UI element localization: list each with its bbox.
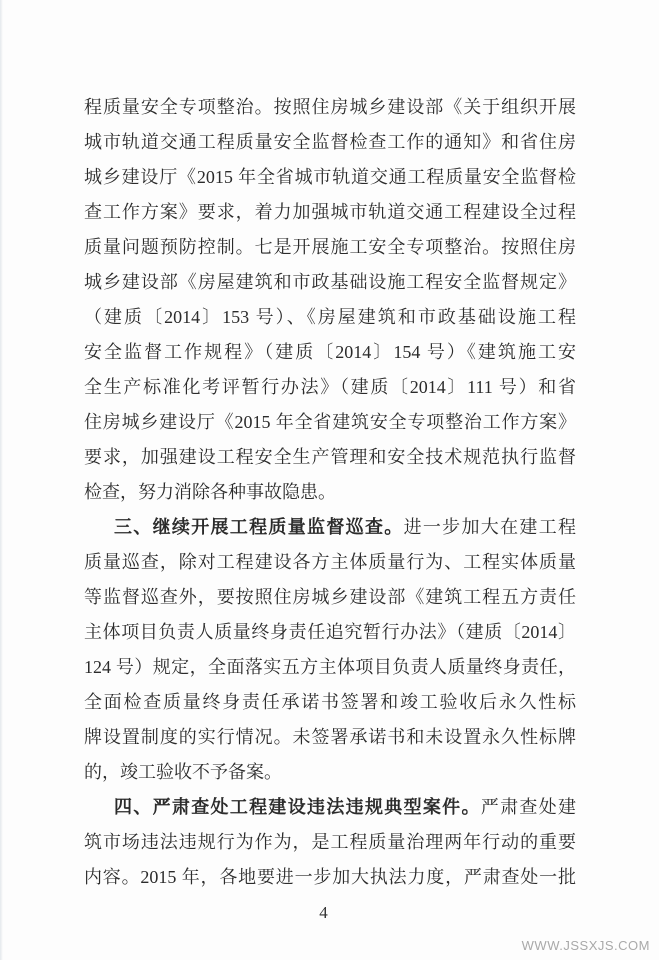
body-text: 牌设置制度的实行情况。未签署承诺书和未设置永久性标牌 [84,727,576,747]
body-text: 主体项目负责人质量终身责任追究暂行办法》（建质〔2014〕 [84,622,576,642]
body-text: 等监督巡查外，要按照住房城乡建设部《建筑工程五方责任 [84,587,576,607]
document-body: 程质量安全专项整治。按照住房城乡建设部《关于组织开展城市轨道交通工程质量安全监督… [84,90,576,895]
body-text: 城乡建设厅《2015 年全省城市轨道交通工程质量安全监督检 [84,167,576,187]
text-line: 124 号）规定，全面落实五方主体项目负责人质量终身责任， [84,650,576,685]
text-line: 牌设置制度的实行情况。未签署承诺书和未设置永久性标牌 [84,720,576,755]
body-text: 质量巡查，除对工程建设各方主体质量行为、工程实体质量 [84,552,576,572]
section-heading-text: 三、继续开展工程质量监督巡查。 [114,517,404,537]
body-text: 住房城乡建设厅《2015 年全省建筑安全专项整治工作方案》 [84,412,576,432]
text-line: 全生产标准化考评暂行办法》（建质〔2014〕111 号）和省 [84,370,576,405]
body-text: 筑市场违法违规行为作为，是工程质量治理两年行动的重要 [84,832,576,852]
body-text: （建质〔2014〕153 号）、《房屋建筑和市政基础设施工程 [84,307,576,327]
text-line: 程质量安全专项整治。按照住房城乡建设部《关于组织开展 [84,90,576,125]
text-line: 要求，加强建设工程安全生产管理和安全技术规范执行监督 [84,440,576,475]
page-number: 4 [0,898,647,928]
text-line: 安全监督工作规程》（建质〔2014〕154 号）《建筑施工安 [84,335,576,370]
body-text: 124 号）规定，全面落实五方主体项目负责人质量终身责任， [84,657,576,677]
text-line: 住房城乡建设厅《2015 年全省建筑安全专项整治工作方案》 [84,405,576,440]
body-text: 全面检查质量终身责任承诺书签署和竣工验收后永久性标 [84,692,576,712]
body-text: 程质量安全专项整治。按照住房城乡建设部《关于组织开展 [84,97,576,117]
body-text: 检查，努力消除各种事故隐患。 [84,482,336,502]
text-line: 主体项目负责人质量终身责任追究暂行办法》（建质〔2014〕 [84,615,576,650]
text-line: 筑市场违法违规行为作为，是工程质量治理两年行动的重要 [84,825,576,860]
body-text: 城市轨道交通工程质量安全监督检查工作的通知》和省住房 [84,132,576,152]
text-line: 城市轨道交通工程质量安全监督检查工作的通知》和省住房 [84,125,576,160]
scan-left-edge [0,0,3,960]
scanned-document-page: 程质量安全专项整治。按照住房城乡建设部《关于组织开展城市轨道交通工程质量安全监督… [0,0,659,960]
text-line: 城乡建设厅《2015 年全省城市轨道交通工程质量安全监督检 [84,160,576,195]
body-text: 查工作方案》要求，着力加强城市轨道交通工程建设全过程 [84,202,576,222]
text-line: 等监督巡查外，要按照住房城乡建设部《建筑工程五方责任 [84,580,576,615]
text-line: 三、继续开展工程质量监督巡查。进一步加大在建工程 [84,510,576,545]
watermark-text: WWW.JSSXJS.COM [522,938,650,953]
body-text: 质量问题预防控制。七是开展施工安全专项整治。按照住房 [84,237,576,257]
text-line: 全面检查质量终身责任承诺书签署和竣工验收后永久性标 [84,685,576,720]
body-text: 要求，加强建设工程安全生产管理和安全技术规范执行监督 [84,447,576,467]
body-text: 安全监督工作规程》（建质〔2014〕154 号）《建筑施工安 [84,342,576,362]
text-line: 质量巡查，除对工程建设各方主体质量行为、工程实体质量 [84,545,576,580]
body-text: 城乡建设部《房屋建筑和市政基础设施工程安全监督规定》 [84,272,576,292]
text-line: 的，竣工验收不予备案。 [84,755,576,790]
text-line: 查工作方案》要求，着力加强城市轨道交通工程建设全过程 [84,195,576,230]
text-line: 四、严肃查处工程建设违法违规典型案件。严肃查处建 [84,790,576,825]
body-text: 全生产标准化考评暂行办法》（建质〔2014〕111 号）和省 [84,377,576,397]
text-line: （建质〔2014〕153 号）、《房屋建筑和市政基础设施工程 [84,300,576,335]
section-heading-text: 四、严肃查处工程建设违法违规典型案件。 [114,797,481,817]
text-line: 质量问题预防控制。七是开展施工安全专项整治。按照住房 [84,230,576,265]
text-line: 内容。2015 年，各地要进一步加大执法力度，严肃查处一批 [84,860,576,895]
body-text: 的，竣工验收不予备案。 [84,762,282,782]
body-text: 内容。2015 年，各地要进一步加大执法力度，严肃查处一批 [84,867,576,887]
text-line: 城乡建设部《房屋建筑和市政基础设施工程安全监督规定》 [84,265,576,300]
body-text: 严肃查处建 [481,797,576,817]
body-text: 进一步加大在建工程 [404,517,576,537]
text-line: 检查，努力消除各种事故隐患。 [84,475,576,510]
